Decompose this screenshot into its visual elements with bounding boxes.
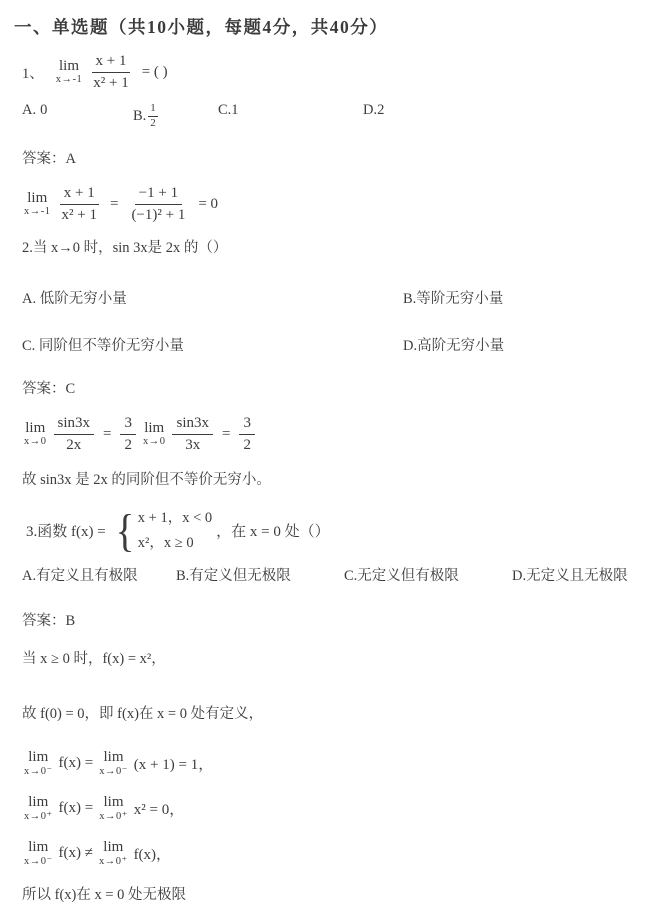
exam-document: 一、单选题（共10小题，每题4分，共40分） 1、 lim x→-1 x + 1… xyxy=(0,0,660,913)
piecewise-case-1: x + 1，x < 0 xyxy=(138,506,212,531)
option-label: C. xyxy=(218,102,231,119)
option-label: A. xyxy=(22,102,36,119)
option-value: 0 xyxy=(40,102,47,119)
q1-solution-formula: lim x→-1 x + 1 x² + 1 = −1 + 1 (−1)² + 1… xyxy=(22,184,222,225)
q1-answer: 答案：A xyxy=(22,150,76,169)
q3-solution-line-3: lim x→0⁻ f(x) = lim x→0⁻ (x + 1) = 1， xyxy=(22,750,217,777)
lim-subscript: x→0 xyxy=(143,436,166,448)
fraction-denominator: 2x xyxy=(62,435,85,455)
lim-subscript: x→0 xyxy=(24,436,47,448)
equals-sign: = xyxy=(110,196,118,213)
equation-tail: f(x)， xyxy=(134,843,172,864)
equation-tail: (x + 1) = 1， xyxy=(134,753,213,774)
q1-option-b: B. 1 2 xyxy=(133,102,160,131)
option-label: B. xyxy=(133,108,146,125)
fraction: 3 2 xyxy=(239,414,255,455)
q2-option-c: C. 同阶但不等价无穷小量 xyxy=(22,334,184,355)
q2-option-d: D.高阶无穷小量 xyxy=(403,334,504,355)
lim-word: lim xyxy=(59,59,79,75)
lim-subscript: x→0⁺ xyxy=(99,856,128,868)
lim-subscript: x→0⁺ xyxy=(99,811,128,823)
fraction-denominator: 2 xyxy=(120,435,136,455)
lim-word: lim xyxy=(104,750,124,766)
limit-operator: lim x→0 xyxy=(143,421,166,448)
fraction: sin3x 2x xyxy=(54,414,95,455)
q3-option-d: D.无定义且无极限 xyxy=(512,564,628,585)
lim-word: lim xyxy=(25,421,45,437)
equation-middle: f(x) ≠ xyxy=(59,845,93,862)
option-value: 2 xyxy=(377,102,384,119)
fraction-numerator: 3 xyxy=(239,414,255,435)
q3-solution-line-4: lim x→0⁺ f(x) = lim x→0⁺ x² = 0， xyxy=(22,795,188,822)
q1-option-c: C. 1 xyxy=(218,102,239,119)
fraction-denominator: 2 xyxy=(239,435,255,455)
limit-operator: lim x→0 xyxy=(24,421,47,448)
fraction-denominator: x² + 1 xyxy=(58,205,101,225)
q3-options-row: A.有定义且有极限 B.有定义但无极限 C.无定义但有极限 D.无定义且无极限 xyxy=(0,564,660,596)
lim-word: lim xyxy=(28,840,48,856)
limit-operator: lim x→0⁺ xyxy=(99,795,128,822)
q2-conclusion: 故 sin3x 是 2x 的同阶但不等价无穷小。 xyxy=(22,471,271,490)
fraction-numerator: −1 + 1 xyxy=(135,184,182,205)
lim-subscript: x→-1 xyxy=(56,74,83,86)
q3-solution-line-5: lim x→0⁻ f(x) ≠ lim x→0⁺ f(x)， xyxy=(22,840,175,867)
lim-subscript: x→0⁻ xyxy=(99,766,128,778)
limit-operator: lim x→-1 xyxy=(56,59,83,86)
q1-options-row: A. 0 B. 1 2 C. 1 D. 2 xyxy=(0,102,660,134)
equation-result: = 0 xyxy=(198,196,218,213)
q2-answer: 答案：C xyxy=(22,380,75,399)
q3-solution-line-6: 所以 f(x)在 x = 0 处无极限 xyxy=(22,886,186,905)
lim-word: lim xyxy=(28,750,48,766)
piecewise-case-2: x²，x ≥ 0 xyxy=(138,531,194,556)
fraction: 3 2 xyxy=(120,414,136,455)
fraction: −1 + 1 (−1)² + 1 xyxy=(127,184,189,225)
q2-options-row-2: C. 同阶但不等价无穷小量 D.高阶无穷小量 xyxy=(0,334,660,366)
lim-subscript: x→-1 xyxy=(24,206,51,218)
fraction: x + 1 x² + 1 xyxy=(58,184,101,225)
lim-subscript: x→0⁺ xyxy=(24,811,53,823)
question-1-number: 1、 xyxy=(22,62,44,83)
equals-sign: = xyxy=(103,426,111,443)
curly-brace: { xyxy=(115,510,134,551)
equation-tail: = ( ) xyxy=(142,64,168,81)
lim-word: lim xyxy=(27,191,47,207)
q3-option-a: A.有定义且有极限 xyxy=(22,564,138,585)
q2-option-a: A. 低阶无穷小量 xyxy=(22,287,127,308)
limit-operator: lim x→0⁺ xyxy=(24,795,53,822)
question-1-stem: 1、 lim x→-1 x + 1 x² + 1 = ( ) xyxy=(22,52,172,93)
q3-solution-line-1: 当 x ≥ 0 时，f(x) = x²， xyxy=(22,650,166,669)
fraction: sin3x 3x xyxy=(172,414,213,455)
section-title: 一、单选题（共10小题，每题4分，共40分） xyxy=(14,14,388,39)
q3-solution-line-2: 故 f(0) = 0，即 f(x)在 x = 0 处有定义， xyxy=(22,705,263,724)
equation-middle: f(x) = xyxy=(59,755,94,772)
lim-word: lim xyxy=(104,795,124,811)
question-3-stem: 3.函数 f(x) = { x + 1，x < 0 x²，x ≥ 0 ，在 x … xyxy=(22,506,334,555)
fraction-denominator: 2 xyxy=(148,117,158,131)
q2-solution-formula: lim x→0 sin3x 2x = 3 2 lim x→0 sin3x 3x … xyxy=(22,414,260,455)
q2-options-row-1: A. 低阶无穷小量 B.等阶无穷小量 xyxy=(0,287,660,319)
fraction-denominator: 3x xyxy=(181,435,204,455)
limit-operator: lim x→0⁻ xyxy=(24,750,53,777)
option-label: D. xyxy=(363,102,377,119)
equation-tail: x² = 0， xyxy=(134,798,184,819)
q3-option-c: C.无定义但有极限 xyxy=(344,564,459,585)
fraction-denominator: x² + 1 xyxy=(89,73,132,93)
fraction-denominator: (−1)² + 1 xyxy=(127,205,189,225)
lim-subscript: x→0⁻ xyxy=(24,766,53,778)
fraction-numerator: sin3x xyxy=(54,414,95,435)
limit-operator: lim x→0⁻ xyxy=(24,840,53,867)
q1-option-d: D. 2 xyxy=(363,102,384,119)
piecewise-cases: x + 1，x < 0 x²，x ≥ 0 xyxy=(138,506,212,555)
lim-subscript: x→0⁻ xyxy=(24,856,53,868)
limit-operator: lim x→0⁻ xyxy=(99,750,128,777)
equals-sign: = xyxy=(222,426,230,443)
q1-option-a: A. 0 xyxy=(22,102,51,119)
option-value: 1 xyxy=(231,102,238,119)
limit-operator: lim x→0⁺ xyxy=(99,840,128,867)
lim-word: lim xyxy=(28,795,48,811)
fraction-numerator: x + 1 xyxy=(92,52,131,73)
fraction: 1 2 xyxy=(148,102,158,131)
fraction-numerator: 3 xyxy=(120,414,136,435)
fraction-numerator: x + 1 xyxy=(60,184,99,205)
question-2-stem: 2.当 x→0 时，sin 3x是 2x 的（） xyxy=(22,239,227,258)
fraction: x + 1 x² + 1 xyxy=(89,52,132,93)
limit-operator: lim x→-1 xyxy=(24,191,51,218)
equation-middle: f(x) = xyxy=(59,800,94,817)
q3-stem-suffix: ，在 x = 0 处（） xyxy=(216,520,329,541)
q3-answer: 答案：B xyxy=(22,612,75,631)
lim-word: lim xyxy=(144,421,164,437)
q2-option-b: B.等阶无穷小量 xyxy=(403,287,503,308)
lim-word: lim xyxy=(103,840,123,856)
q3-option-b: B.有定义但无极限 xyxy=(176,564,291,585)
q3-stem-prefix: 3.函数 f(x) = xyxy=(26,520,106,541)
fraction-numerator: 1 xyxy=(148,102,158,117)
fraction-numerator: sin3x xyxy=(172,414,213,435)
